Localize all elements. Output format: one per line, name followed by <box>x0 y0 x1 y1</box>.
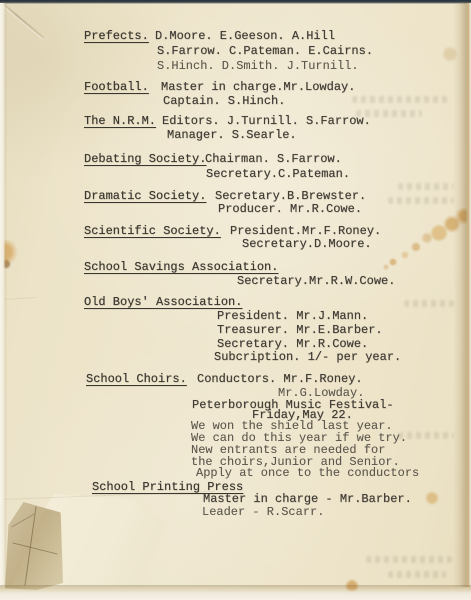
entry-line-prefects-2: S.Hinch. D.Smith. J.Turnill. <box>157 60 359 72</box>
entry-line-prefects-1: S.Farrow. C.Pateman. E.Cairns. <box>157 45 373 57</box>
entry-line-the-nrm-1: Manager. S.Searle. <box>167 129 297 141</box>
entry-line-prefects-0: D.Moore. E.Geeson. A.Hill <box>155 30 335 42</box>
entry-line-old-boys-association-3: Subcription. 1/- per year. <box>214 351 401 363</box>
entry-line-old-boys-association-0: President. Mr.J.Mann. <box>217 310 368 322</box>
section-heading-scientific-society: Scientific Society. <box>84 225 221 237</box>
section-heading-football: Football. <box>84 81 149 93</box>
entry-line-scientific-society-0: President.Mr.F.Roney. <box>230 225 381 237</box>
scanned-document-page: Prefects.D.Moore. E.Geeson. A.HillS.Farr… <box>0 0 471 600</box>
section-heading-old-boys-association: Old Boys' Association. <box>84 296 242 308</box>
section-heading-school-savings-association: School Savings Association. <box>84 261 278 273</box>
page-edge-top <box>0 0 471 4</box>
entry-line-dramatic-society-0: Secretary.B.Brewster. <box>215 190 366 202</box>
entry-line-debating-society-1: Secretary.C.Pateman. <box>206 168 350 180</box>
entry-line-school-savings-association-0: Secretary.Mr.R.W.Cowe. <box>237 275 395 287</box>
section-heading-school-choirs: School Choirs. <box>86 373 187 385</box>
entry-line-scientific-society-1: Secretary.D.Moore. <box>242 238 372 250</box>
entry-line-old-boys-association-1: Treasurer. Mr.E.Barber. <box>217 324 383 336</box>
entry-line-school-choirs-8: Apply at once to the conductors <box>196 467 419 479</box>
entry-line-old-boys-association-2: Secretary. Mr.R.Cowe. <box>217 338 368 350</box>
entry-line-football-1: Captain. S.Hinch. <box>163 95 285 107</box>
page-edge-left <box>0 3 7 586</box>
entry-line-school-printing-press-0: Master in charge - Mr.Barber. <box>203 493 412 505</box>
page-edge-right <box>453 3 471 587</box>
section-heading-prefects: Prefects. <box>84 30 149 42</box>
entry-line-football-0: Master in charge.Mr.Lowday. <box>161 81 355 93</box>
entry-line-debating-society-0: Chairman. S.Farrow. <box>205 153 342 165</box>
section-heading-the-nrm: The N.R.M. <box>84 115 156 127</box>
typewritten-text-layer: Prefects.D.Moore. E.Geeson. A.HillS.Farr… <box>0 0 471 600</box>
entry-line-the-nrm-0: Editors. J.Turnill. S.Farrow. <box>162 115 371 127</box>
section-heading-dramatic-society: Dramatic Society. <box>84 190 206 202</box>
entry-line-school-printing-press-1: Leader - R.Scarr. <box>202 506 324 518</box>
section-heading-debating-society: Debating Society. <box>84 153 206 165</box>
page-edge-bottom <box>0 585 471 600</box>
entry-line-school-choirs-0: Conductors. Mr.F.Roney. <box>197 373 363 385</box>
entry-line-dramatic-society-1: Producer. Mr.R.Cowe. <box>218 203 362 215</box>
